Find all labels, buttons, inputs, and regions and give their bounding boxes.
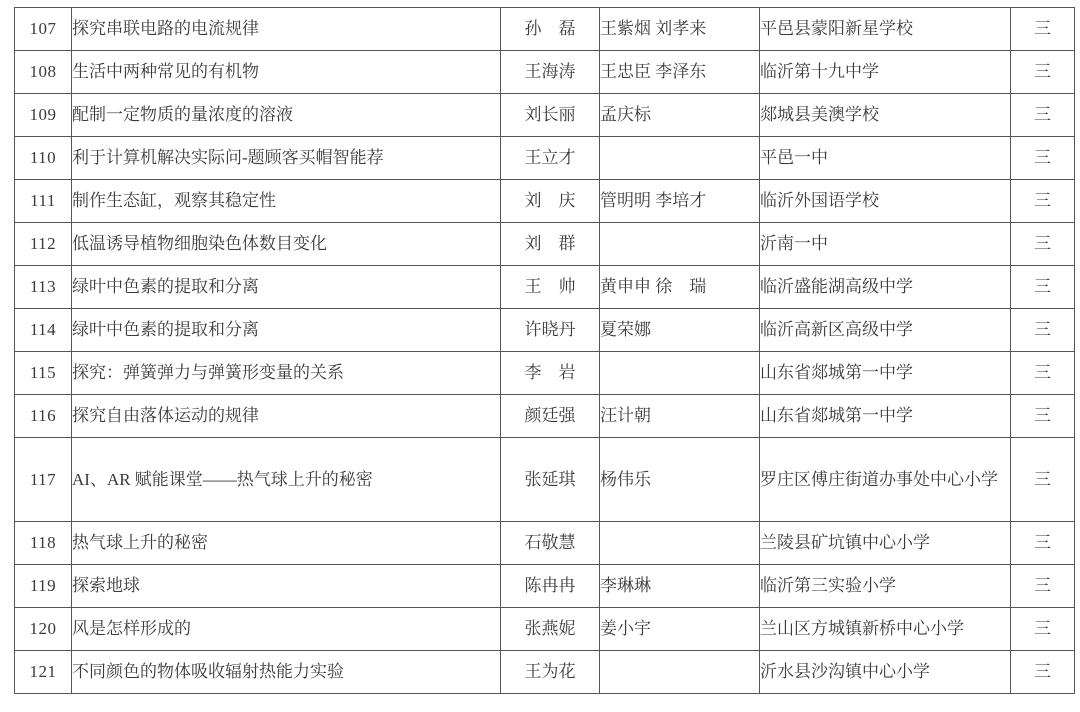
cell-school: 临沂外国语学校 [760, 180, 1011, 223]
awards-table: 107探究串联电路的电流规律孙 磊王紫烟 刘孝来平邑县蒙阳新星学校三108生活中… [14, 7, 1075, 694]
cell-title: 探究：弹簧弹力与弹簧形变量的关系 [72, 352, 501, 395]
table-row: 119探索地球陈冉冉李琳琳临沂第三实验小学三 [15, 565, 1075, 608]
table-row: 114绿叶中色素的提取和分离许晓丹夏荣娜临沂高新区高级中学三 [15, 309, 1075, 352]
cell-title: 探索地球 [72, 565, 501, 608]
cell-school: 临沂第三实验小学 [760, 565, 1011, 608]
awards-table-body: 107探究串联电路的电流规律孙 磊王紫烟 刘孝来平邑县蒙阳新星学校三108生活中… [15, 8, 1075, 694]
cell-number: 110 [15, 137, 72, 180]
table-row: 109配制一定物质的量浓度的溶液刘长丽孟庆标郯城县美澳学校三 [15, 94, 1075, 137]
cell-members: 王紫烟 刘孝来 [600, 8, 760, 51]
cell-leader: 张延琪 [501, 438, 600, 522]
cell-title: 绿叶中色素的提取和分离 [72, 266, 501, 309]
cell-leader: 刘 群 [501, 223, 600, 266]
cell-award: 三 [1011, 352, 1075, 395]
cell-school: 山东省郯城第一中学 [760, 395, 1011, 438]
cell-title: 探究自由落体运动的规律 [72, 395, 501, 438]
cell-leader: 刘长丽 [501, 94, 600, 137]
document-page: 107探究串联电路的电流规律孙 磊王紫烟 刘孝来平邑县蒙阳新星学校三108生活中… [0, 0, 1080, 712]
cell-members [600, 352, 760, 395]
cell-school: 郯城县美澳学校 [760, 94, 1011, 137]
cell-number: 107 [15, 8, 72, 51]
cell-members: 姜小宇 [600, 608, 760, 651]
cell-school: 山东省郯城第一中学 [760, 352, 1011, 395]
cell-title: 热气球上升的秘密 [72, 522, 501, 565]
table-row: 110利于计算机解决实际问-题顾客买帽智能荐王立才平邑一中三 [15, 137, 1075, 180]
cell-leader: 王海涛 [501, 51, 600, 94]
table-row: 120风是怎样形成的张燕妮姜小宇兰山区方城镇新桥中心小学三 [15, 608, 1075, 651]
cell-members: 王忠臣 李泽东 [600, 51, 760, 94]
cell-number: 114 [15, 309, 72, 352]
cell-leader: 石敬慧 [501, 522, 600, 565]
table-row: 117AI、AR 赋能课堂——热气球上升的秘密张延琪杨伟乐罗庄区傅庄街道办事处中… [15, 438, 1075, 522]
table-row: 111制作生态缸，观察其稳定性刘 庆管明明 李培才临沂外国语学校三 [15, 180, 1075, 223]
table-row: 112低温诱导植物细胞染色体数目变化刘 群沂南一中三 [15, 223, 1075, 266]
cell-title: 探究串联电路的电流规律 [72, 8, 501, 51]
cell-number: 119 [15, 565, 72, 608]
cell-members: 杨伟乐 [600, 438, 760, 522]
cell-award: 三 [1011, 223, 1075, 266]
cell-school: 兰陵县矿坑镇中心小学 [760, 522, 1011, 565]
cell-award: 三 [1011, 8, 1075, 51]
cell-award: 三 [1011, 651, 1075, 694]
cell-school: 沂水县沙沟镇中心小学 [760, 651, 1011, 694]
cell-number: 108 [15, 51, 72, 94]
table-row: 113绿叶中色素的提取和分离王 帅黄申申 徐 瑞临沂盛能湖高级中学三 [15, 266, 1075, 309]
cell-members [600, 651, 760, 694]
cell-members: 夏荣娜 [600, 309, 760, 352]
cell-members [600, 223, 760, 266]
cell-members: 黄申申 徐 瑞 [600, 266, 760, 309]
cell-award: 三 [1011, 309, 1075, 352]
cell-number: 117 [15, 438, 72, 522]
cell-title: 风是怎样形成的 [72, 608, 501, 651]
cell-school: 临沂盛能湖高级中学 [760, 266, 1011, 309]
cell-number: 113 [15, 266, 72, 309]
cell-school: 兰山区方城镇新桥中心小学 [760, 608, 1011, 651]
cell-number: 120 [15, 608, 72, 651]
cell-members [600, 137, 760, 180]
cell-award: 三 [1011, 395, 1075, 438]
cell-title: 配制一定物质的量浓度的溶液 [72, 94, 501, 137]
cell-award: 三 [1011, 522, 1075, 565]
cell-members [600, 522, 760, 565]
cell-number: 109 [15, 94, 72, 137]
table-row: 118热气球上升的秘密石敬慧兰陵县矿坑镇中心小学三 [15, 522, 1075, 565]
cell-award: 三 [1011, 565, 1075, 608]
cell-number: 115 [15, 352, 72, 395]
cell-leader: 王立才 [501, 137, 600, 180]
cell-members: 李琳琳 [600, 565, 760, 608]
cell-leader: 王为花 [501, 651, 600, 694]
table-row: 108生活中两种常见的有机物王海涛王忠臣 李泽东临沂第十九中学三 [15, 51, 1075, 94]
cell-leader: 孙 磊 [501, 8, 600, 51]
cell-award: 三 [1011, 94, 1075, 137]
cell-title: 不同颜色的物体吸收辐射热能力实验 [72, 651, 501, 694]
cell-award: 三 [1011, 438, 1075, 522]
cell-title: 利于计算机解决实际问-题顾客买帽智能荐 [72, 137, 501, 180]
table-row: 115探究：弹簧弹力与弹簧形变量的关系李 岩山东省郯城第一中学三 [15, 352, 1075, 395]
cell-school: 平邑县蒙阳新星学校 [760, 8, 1011, 51]
cell-number: 111 [15, 180, 72, 223]
cell-members: 汪计朝 [600, 395, 760, 438]
cell-number: 116 [15, 395, 72, 438]
cell-leader: 许晓丹 [501, 309, 600, 352]
cell-members: 管明明 李培才 [600, 180, 760, 223]
cell-school: 罗庄区傅庄街道办事处中心小学 [760, 438, 1011, 522]
cell-school: 临沂第十九中学 [760, 51, 1011, 94]
cell-members: 孟庆标 [600, 94, 760, 137]
cell-school: 临沂高新区高级中学 [760, 309, 1011, 352]
cell-award: 三 [1011, 180, 1075, 223]
cell-leader: 陈冉冉 [501, 565, 600, 608]
cell-award: 三 [1011, 51, 1075, 94]
cell-title: 制作生态缸，观察其稳定性 [72, 180, 501, 223]
cell-leader: 王 帅 [501, 266, 600, 309]
table-row: 121不同颜色的物体吸收辐射热能力实验王为花沂水县沙沟镇中心小学三 [15, 651, 1075, 694]
cell-leader: 颜廷强 [501, 395, 600, 438]
table-row: 107探究串联电路的电流规律孙 磊王紫烟 刘孝来平邑县蒙阳新星学校三 [15, 8, 1075, 51]
cell-award: 三 [1011, 137, 1075, 180]
cell-school: 沂南一中 [760, 223, 1011, 266]
cell-title: 低温诱导植物细胞染色体数目变化 [72, 223, 501, 266]
cell-number: 118 [15, 522, 72, 565]
cell-leader: 李 岩 [501, 352, 600, 395]
cell-award: 三 [1011, 608, 1075, 651]
cell-leader: 刘 庆 [501, 180, 600, 223]
cell-number: 112 [15, 223, 72, 266]
cell-number: 121 [15, 651, 72, 694]
cell-leader: 张燕妮 [501, 608, 600, 651]
cell-title: 生活中两种常见的有机物 [72, 51, 501, 94]
table-row: 116探究自由落体运动的规律颜廷强汪计朝山东省郯城第一中学三 [15, 395, 1075, 438]
cell-title: 绿叶中色素的提取和分离 [72, 309, 501, 352]
cell-award: 三 [1011, 266, 1075, 309]
cell-school: 平邑一中 [760, 137, 1011, 180]
cell-title: AI、AR 赋能课堂——热气球上升的秘密 [72, 438, 501, 522]
